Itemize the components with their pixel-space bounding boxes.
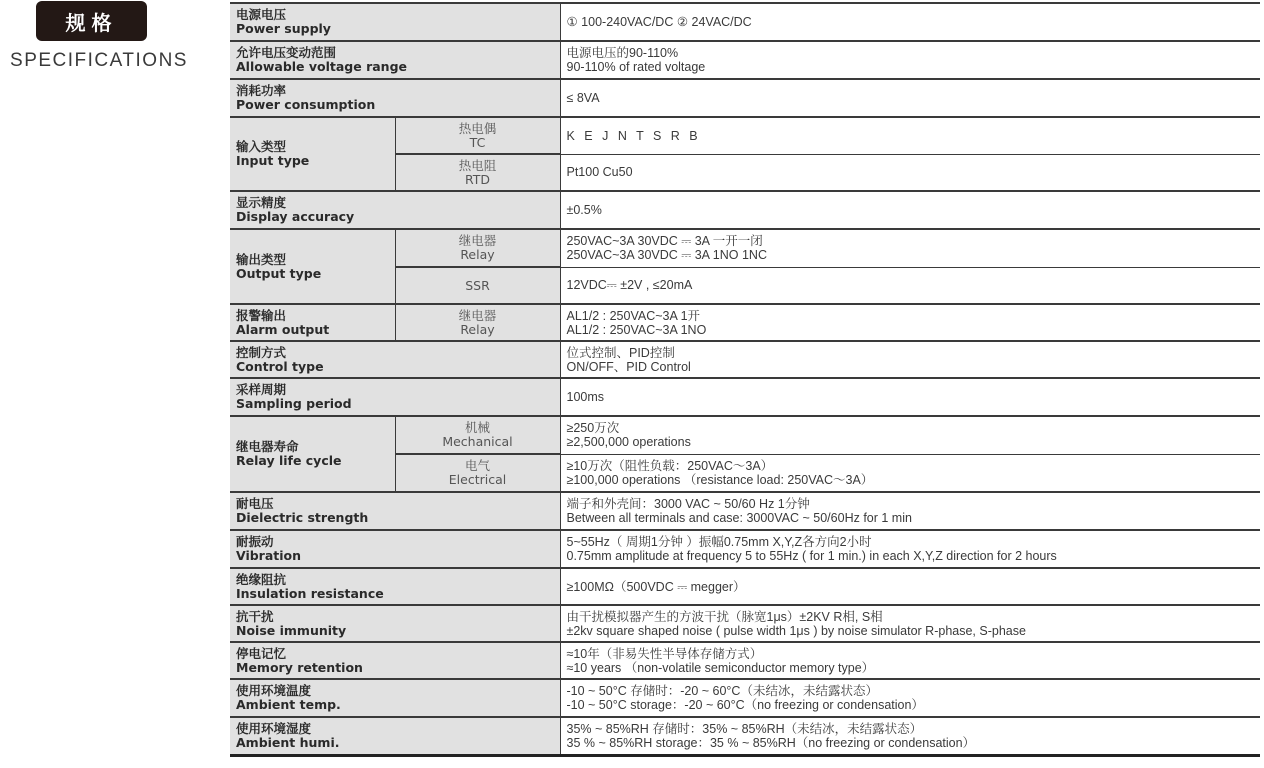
value-en: ≥100,000 operations （resistance load: 25… (567, 473, 1255, 487)
label-en: Memory retention (236, 661, 554, 675)
sub-label-en: TC (402, 136, 554, 150)
sub-label-cell: 继电器 Relay (395, 304, 560, 341)
sub-label-zh: 电气 (402, 459, 554, 473)
value-zh: 250VAC~3A 30VDC ⎓ 3A 一开一闭 (567, 234, 1255, 248)
label-zh: 绝缘阻抗 (236, 573, 554, 587)
value-text: ≤ 8VA (567, 91, 1255, 105)
row-noise-immunity: 抗干扰 Noise immunity 由干扰模拟器产生的方波干扰（脉宽1μs）±… (230, 605, 1260, 642)
value-cell: ≈10年（非易失性半导体存储方式） ≈10 years （non-volatil… (560, 642, 1260, 679)
label-en: Dielectric strength (236, 511, 554, 525)
label-cell: 允许电压变动范围 Allowable voltage range (230, 41, 560, 79)
label-zh: 消耗功率 (236, 84, 554, 98)
label-en: Relay life cycle (236, 454, 389, 468)
value-en: ±2kv square shaped noise ( pulse width 1… (567, 624, 1255, 638)
row-sampling-period: 采样周期 Sampling period 100ms (230, 378, 1260, 416)
row-voltage-range: 允许电压变动范围 Allowable voltage range 电源电压的90… (230, 41, 1260, 79)
label-zh: 耐电压 (236, 497, 554, 511)
label-zh: 电源电压 (236, 8, 554, 22)
label-zh: 采样周期 (236, 383, 554, 397)
row-insulation-resistance: 绝缘阻抗 Insulation resistance ≥100MΩ（500VDC… (230, 568, 1260, 605)
row-alarm-output: 报警输出 Alarm output 继电器 Relay AL1/2 : 250V… (230, 304, 1260, 341)
label-zh: 控制方式 (236, 346, 554, 360)
value-en: 0.75mm amplitude at frequency 5 to 55Hz … (567, 549, 1255, 563)
sub-label-cell: 机械 Mechanical (395, 416, 560, 454)
label-en: Ambient temp. (236, 698, 554, 712)
specifications-title: SPECIFICATIONS (4, 50, 194, 72)
label-en: Allowable voltage range (236, 60, 554, 74)
value-en: ON/OFF、PID Control (567, 360, 1255, 374)
value-en: 35 % ~ 85%RH storage：35 % ~ 85%RH（no fre… (567, 736, 1255, 750)
value-zh: 位式控制、PID控制 (567, 346, 1255, 360)
label-cell: 绝缘阻抗 Insulation resistance (230, 568, 560, 605)
value-cell: ≥10万次（阻性负载：250VAC～3A） ≥100,000 operation… (560, 454, 1260, 492)
value-text: 12VDC⎓ ±2V , ≤20mA (567, 278, 1255, 292)
sub-label: SSR (402, 279, 554, 293)
value-zh: ≥250万次 (567, 421, 1255, 435)
specifications-table: 电源电压 Power supply ① 100-240VAC/DC ② 24VA… (230, 2, 1260, 757)
sub-label-zh: 热电阻 (402, 159, 554, 173)
label-en: Power consumption (236, 98, 554, 112)
sub-label-en: Relay (402, 248, 554, 262)
value-cell: ≥250万次 ≥2,500,000 operations (560, 416, 1260, 454)
label-zh: 允许电压变动范围 (236, 46, 554, 60)
value-cell: AL1/2 : 250VAC~3A 1开 AL1/2 : 250VAC~3A 1… (560, 304, 1260, 341)
value-zh: 5~55Hz（ 周期1分钟 ）振幅0.75mm X,Y,Z各方向2小时 (567, 535, 1255, 549)
sub-label-en: Electrical (402, 473, 554, 487)
sub-label-en: Mechanical (402, 435, 554, 449)
sub-label-cell: 继电器 Relay (395, 229, 560, 267)
value-en: ≥2,500,000 operations (567, 435, 1255, 449)
sub-label-cell: 电气 Electrical (395, 454, 560, 492)
value-cell: ±0.5% (560, 191, 1260, 229)
value-cell: ① 100-240VAC/DC ② 24VAC/DC (560, 3, 1260, 41)
value-text: K E J N T S R B (567, 129, 1255, 143)
label-zh: 抗干扰 (236, 610, 554, 624)
value-cell: K E J N T S R B (560, 117, 1260, 154)
label-cell: 抗干扰 Noise immunity (230, 605, 560, 642)
row-ambient-humi: 使用环境湿度 Ambient humi. 35% ~ 85%RH 存储时：35%… (230, 717, 1260, 755)
value-cell: Pt100 Cu50 (560, 154, 1260, 191)
label-cell: 控制方式 Control type (230, 341, 560, 378)
label-zh: 耐振动 (236, 535, 554, 549)
label-cell: 消耗功率 Power consumption (230, 79, 560, 117)
value-zh: 35% ~ 85%RH 存储时：35% ~ 85%RH（未结冰，未结露状态） (567, 722, 1255, 736)
label-en: Insulation resistance (236, 587, 554, 601)
value-cell: 35% ~ 85%RH 存储时：35% ~ 85%RH（未结冰，未结露状态） 3… (560, 717, 1260, 755)
label-en: Ambient humi. (236, 736, 554, 750)
sub-label-zh: 热电偶 (402, 122, 554, 136)
row-power-consumption: 消耗功率 Power consumption ≤ 8VA (230, 79, 1260, 117)
sub-label-cell: 热电偶 TC (395, 117, 560, 154)
label-en: Output type (236, 267, 389, 281)
label-en: Input type (236, 154, 389, 168)
value-text: 100ms (567, 390, 1255, 404)
label-cell: 采样周期 Sampling period (230, 378, 560, 416)
row-ambient-temp: 使用环境温度 Ambient temp. -10 ~ 50°C 存储时：-20 … (230, 679, 1260, 717)
value-cell: 250VAC~3A 30VDC ⎓ 3A 一开一闭 250VAC~3A 30VD… (560, 229, 1260, 267)
label-en: Alarm output (236, 323, 389, 337)
label-cell: 使用环境温度 Ambient temp. (230, 679, 560, 717)
value-zh: -10 ~ 50°C 存储时：-20 ~ 60°C（未结冰，未结露状态） (567, 684, 1255, 698)
value-cell: 电源电压的90-110% 90-110% of rated voltage (560, 41, 1260, 79)
value-en: Between all terminals and case: 3000VAC … (567, 511, 1255, 525)
value-zh: 电源电压的90-110% (567, 46, 1255, 60)
label-zh: 继电器寿命 (236, 440, 389, 454)
label-cell: 输入类型 Input type (230, 117, 395, 191)
value-cell: 12VDC⎓ ±2V , ≤20mA (560, 267, 1260, 304)
row-memory-retention: 停电记忆 Memory retention ≈10年（非易失性半导体存储方式） … (230, 642, 1260, 679)
label-zh: 停电记忆 (236, 647, 554, 661)
label-zh: 输入类型 (236, 140, 389, 154)
label-zh: 使用环境湿度 (236, 722, 554, 736)
sub-label-zh: 机械 (402, 421, 554, 435)
row-control-type: 控制方式 Control type 位式控制、PID控制 ON/OFF、PID … (230, 341, 1260, 378)
sub-label-en: RTD (402, 173, 554, 187)
label-cell: 耐振动 Vibration (230, 530, 560, 568)
row-power-supply: 电源电压 Power supply ① 100-240VAC/DC ② 24VA… (230, 3, 1260, 41)
value-cell: 端子和外壳间：3000 VAC ~ 50/60 Hz 1分钟 Between a… (560, 492, 1260, 530)
label-cell: 使用环境湿度 Ambient humi. (230, 717, 560, 755)
value-zh: 由干扰模拟器产生的方波干扰（脉宽1μs）±2KV R相, S相 (567, 610, 1255, 624)
row-relay-life-mechanical: 继电器寿命 Relay life cycle 机械 Mechanical ≥25… (230, 416, 1260, 454)
row-display-accuracy: 显示精度 Display accuracy ±0.5% (230, 191, 1260, 229)
label-zh: 输出类型 (236, 253, 389, 267)
value-zh: 端子和外壳间：3000 VAC ~ 50/60 Hz 1分钟 (567, 497, 1255, 511)
row-output-type-relay: 输出类型 Output type 继电器 Relay 250VAC~3A 30V… (230, 229, 1260, 267)
label-en: Power supply (236, 22, 554, 36)
row-vibration: 耐振动 Vibration 5~55Hz（ 周期1分钟 ）振幅0.75mm X,… (230, 530, 1260, 568)
value-zh: AL1/2 : 250VAC~3A 1开 (567, 309, 1255, 323)
label-cell: 显示精度 Display accuracy (230, 191, 560, 229)
sub-label-cell: SSR (395, 267, 560, 304)
sub-label-cell: 热电阻 RTD (395, 154, 560, 191)
label-cell: 耐电压 Dielectric strength (230, 492, 560, 530)
value-cell: 100ms (560, 378, 1260, 416)
value-text: ① 100-240VAC/DC ② 24VAC/DC (567, 15, 1255, 29)
value-cell: ≥100MΩ（500VDC ⎓ megger） (560, 568, 1260, 605)
sub-label-en: Relay (402, 323, 554, 337)
label-en: Display accuracy (236, 210, 554, 224)
value-cell: ≤ 8VA (560, 79, 1260, 117)
label-cell: 停电记忆 Memory retention (230, 642, 560, 679)
value-zh: ≈10年（非易失性半导体存储方式） (567, 647, 1255, 661)
label-cell: 电源电压 Power supply (230, 3, 560, 41)
row-input-type-tc: 输入类型 Input type 热电偶 TC K E J N T S R B (230, 117, 1260, 154)
value-en: 250VAC~3A 30VDC ⎓ 3A 1NO 1NC (567, 248, 1255, 262)
value-cell: 由干扰模拟器产生的方波干扰（脉宽1μs）±2KV R相, S相 ±2kv squ… (560, 605, 1260, 642)
value-zh: ≥10万次（阻性负载：250VAC～3A） (567, 459, 1255, 473)
value-en: -10 ~ 50°C storage：-20 ~ 60°C（no freezin… (567, 698, 1255, 712)
value-text: Pt100 Cu50 (567, 165, 1255, 179)
value-text: ≥100MΩ（500VDC ⎓ megger） (567, 580, 1255, 594)
sub-label-zh: 继电器 (402, 234, 554, 248)
value-en: AL1/2 : 250VAC~3A 1NO (567, 323, 1255, 337)
label-en: Noise immunity (236, 624, 554, 638)
label-cell: 输出类型 Output type (230, 229, 395, 304)
label-en: Vibration (236, 549, 554, 563)
label-cell: 继电器寿命 Relay life cycle (230, 416, 395, 492)
label-zh: 报警输出 (236, 309, 389, 323)
specifications-badge: 规格 (36, 1, 147, 41)
label-zh: 使用环境温度 (236, 684, 554, 698)
row-dielectric-strength: 耐电压 Dielectric strength 端子和外壳间：3000 VAC … (230, 492, 1260, 530)
value-en: ≈10 years （non-volatile semiconductor me… (567, 661, 1255, 675)
value-text: ±0.5% (567, 203, 1255, 217)
value-cell: 位式控制、PID控制 ON/OFF、PID Control (560, 341, 1260, 378)
label-cell: 报警输出 Alarm output (230, 304, 395, 341)
sub-label-zh: 继电器 (402, 309, 554, 323)
value-en: 90-110% of rated voltage (567, 60, 1255, 74)
label-en: Sampling period (236, 397, 554, 411)
label-zh: 显示精度 (236, 196, 554, 210)
label-en: Control type (236, 360, 554, 374)
value-cell: -10 ~ 50°C 存储时：-20 ~ 60°C（未结冰，未结露状态） -10… (560, 679, 1260, 717)
value-cell: 5~55Hz（ 周期1分钟 ）振幅0.75mm X,Y,Z各方向2小时 0.75… (560, 530, 1260, 568)
